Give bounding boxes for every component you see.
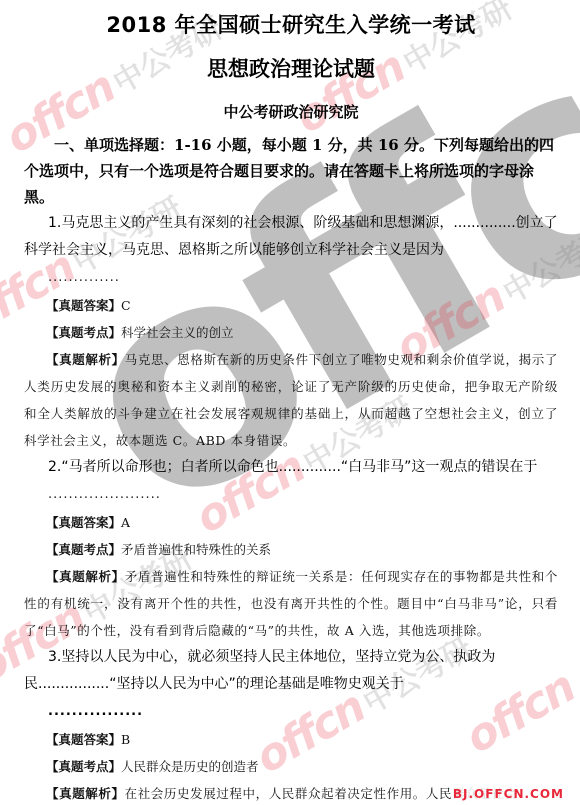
question-3: 3.坚持以人民为中心，就必须坚持人民主体地位，坚持立党为公、执政为民......… xyxy=(24,644,558,805)
document-subtitle: 思想政治理论试题 xyxy=(24,46,558,92)
answer-label: 【真题答案】 xyxy=(46,515,121,530)
point-value: 科学社会主义的创立 xyxy=(121,325,234,340)
answer-label: 【真题答案】 xyxy=(46,298,121,313)
analysis-label: 【真题解析】 xyxy=(46,352,125,367)
question-stem: 3.坚持以人民为中心，就必须坚持人民主体地位，坚持立党为公、执政为民......… xyxy=(24,644,558,698)
answer-blank: .............. xyxy=(24,264,558,292)
analysis-paragraph: 【真题解析】马克思、恩格斯在新的历史条件下创立了唯物史观和剩余价值学说，揭示了人… xyxy=(24,346,558,454)
section-heading: 一、单项选择题：1-16 小题，每小题 1 分，共 16 分。下列每题给出的四个… xyxy=(24,132,558,210)
question-1: 1.马克思主义的产生具有深刻的社会根源、阶级基础和思想渊源，..........… xyxy=(24,210,558,454)
answer-value: A xyxy=(121,515,130,530)
point-label: 【真题考点】 xyxy=(46,325,121,340)
point-label: 【真题考点】 xyxy=(46,759,121,774)
exam-document: 2018 年全国硕士研究生入学统一考试 思想政治理论试题 中公考研政治研究院 一… xyxy=(0,8,580,805)
point-value: 人民群众是历史的创造者 xyxy=(121,759,259,774)
analysis-label: 【真题解析】 xyxy=(46,569,125,584)
answer-blank: ...................... xyxy=(24,481,558,509)
answer-label: 【真题答案】 xyxy=(46,732,121,747)
document-title: 2018 年全国硕士研究生入学统一考试 xyxy=(24,8,558,42)
answer-value: C xyxy=(121,298,131,313)
answer-line: 【真题答案】B xyxy=(24,726,558,753)
point-line: 【真题考点】科学社会主义的创立 xyxy=(24,319,558,346)
question-2: 2.“马者所以命形也；白者所以命色也..............“白马非马”这一… xyxy=(24,454,558,644)
point-line: 【真题考点】矛盾普遍性和特殊性的关系 xyxy=(24,536,558,563)
point-line: 【真题考点】人民群众是历史的创造者 xyxy=(24,753,558,780)
point-value: 矛盾普遍性和特殊性的关系 xyxy=(121,542,271,557)
watermark-site-url: BJ.OFFCN.COM xyxy=(451,787,566,801)
document-author: 中公考研政治研究院 xyxy=(24,94,558,130)
question-stem: 2.“马者所以命形也；白者所以命色也..............“白马非马”这一… xyxy=(24,454,558,481)
answer-value: B xyxy=(121,732,130,747)
answer-blank: ................ xyxy=(24,698,558,726)
analysis-label: 【真题解析】 xyxy=(46,786,125,801)
answer-line: 【真题答案】A xyxy=(24,509,558,536)
question-stem: 1.马克思主义的产生具有深刻的社会根源、阶级基础和思想渊源，..........… xyxy=(24,210,558,264)
point-label: 【真题考点】 xyxy=(46,542,121,557)
answer-line: 【真题答案】C xyxy=(24,292,558,319)
analysis-paragraph: 【真题解析】矛盾普遍性和特殊性的辩证统一关系是：任何现实存在的事物都是共性和个性… xyxy=(24,563,558,644)
